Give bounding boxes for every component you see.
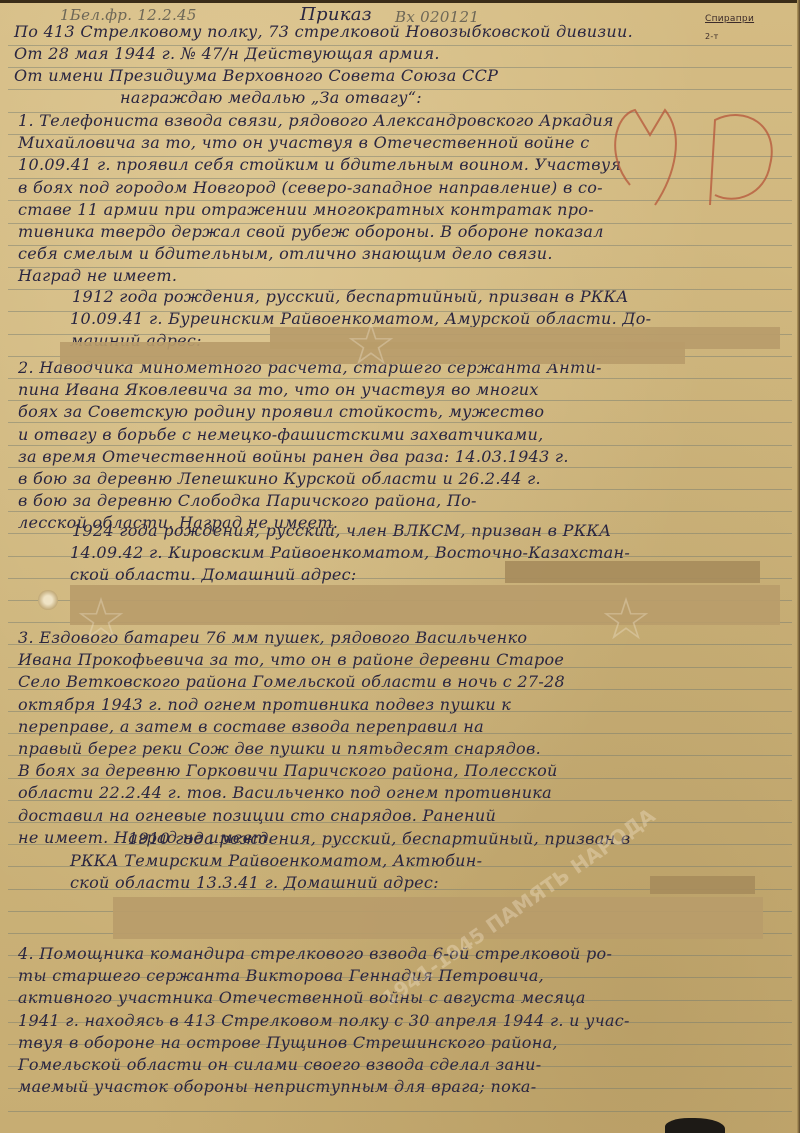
entry-text-line: переправе, а затем в составе взвода пере… xyxy=(18,717,484,736)
entry-text-line: ты старшего сержанта Викторова Геннадия … xyxy=(18,966,544,985)
watermark-star-icon: ☆ xyxy=(600,590,652,648)
entry-text-line: Михайловича за то, что он участвуя в Оте… xyxy=(18,133,589,152)
entry-text-line: в бою за деревню Лепешкино Курской облас… xyxy=(18,469,541,488)
ruled-line xyxy=(8,467,792,468)
entry-text-line: В боях за деревню Горковичи Паричского р… xyxy=(18,761,558,780)
header-line: награждаю медалью „За отвагу“: xyxy=(120,88,422,107)
entry-text-line: за время Отечественной войны ранен два р… xyxy=(18,447,569,466)
entry-text-line: 10.09.41 г. проявил себя стойким и бдите… xyxy=(18,155,621,174)
entry-text-line: 4. Помощника командира стрелкового взвод… xyxy=(18,944,612,963)
entry-text-line: Наград не имеет. xyxy=(18,266,177,285)
entry-text-line: 1941 г. находясь в 413 Стрелковом полку … xyxy=(18,1011,630,1030)
entry-text-line: октября 1943 г. под огнем противника под… xyxy=(18,695,511,714)
entry-text-line: Ивана Прокофьевича за то, что он в район… xyxy=(18,650,564,669)
address-redaction-3b xyxy=(113,897,763,939)
ruled-line xyxy=(8,400,792,401)
stamp-sub-mark: 2-т xyxy=(705,32,719,41)
red-pencil-annotation xyxy=(595,95,785,210)
entry-bio-line: ской области 13.3.41 г. Домашний адрес: xyxy=(70,873,439,892)
address-redaction-2b xyxy=(70,585,780,625)
ruled-line xyxy=(8,489,792,490)
entry-bio-line: 14.09.42 г. Кировским Райвоенкоматом, Во… xyxy=(70,543,630,562)
watermark-star-icon: ☆ xyxy=(345,315,397,373)
entry-text-line: боях за Советскую родину проявил стойкос… xyxy=(18,402,544,421)
entry-text-line: в бою за деревню Слободка Паричского рай… xyxy=(18,491,477,510)
entry-bio-line: ской области. Домашний адрес: xyxy=(70,565,357,584)
entry-text-line: ставе 11 армии при отражении многократны… xyxy=(18,200,594,219)
entry-bio-line: 1924 года рождения, русский, член ВЛКСМ,… xyxy=(72,521,611,540)
scanned-document-page: 1Бел.фр. 12.2.45 Приказ Вх 020121 Спирап… xyxy=(0,0,800,1133)
address-redaction-3a xyxy=(650,876,755,894)
entry-text-line: Село Ветковского района Гомельской облас… xyxy=(18,672,565,691)
entry-text-line: в боях под городом Новгород (северо-запа… xyxy=(18,178,603,197)
entry-bio-line: 1912 года рождения, русский, беспартийны… xyxy=(72,287,629,306)
header-line: По 413 Стрелковому полку, 73 стрелковой … xyxy=(14,22,633,41)
punch-hole xyxy=(38,590,58,610)
ruled-line xyxy=(8,511,792,512)
header-line: От имени Президиума Верховного Совета Со… xyxy=(14,66,498,85)
entry-text-line: твуя в обороне на острове Пущинов Стреши… xyxy=(18,1033,558,1052)
watermark-star-icon: ☆ xyxy=(75,590,127,648)
ruled-line xyxy=(8,422,792,423)
entry-text-line: доставил на огневые позиции сто снарядов… xyxy=(18,806,496,825)
address-redaction-2a xyxy=(505,561,760,583)
entry-bio-line: 1910 года рождения, русский, беспартийны… xyxy=(128,829,630,848)
entry-text-line: активного участника Отечественной войны … xyxy=(18,988,586,1007)
entry-text-line: пина Ивана Яковлевича за то, что он учас… xyxy=(18,380,539,399)
entry-text-line: Гомельской области он силами своего взво… xyxy=(18,1055,541,1074)
entry-text-line: маемый участок обороны неприступным для … xyxy=(18,1077,536,1096)
ink-blot xyxy=(665,1118,725,1133)
scan-top-edge xyxy=(0,0,800,3)
entry-bio-line: РККА Темирским Райвоенкоматом, Актюбин- xyxy=(70,851,482,870)
entry-text-line: и отвагу в борьбе с немецко-фашистскими … xyxy=(18,425,543,444)
entry-text-line: 1. Телефониста взвода связи, рядового Ал… xyxy=(18,111,614,130)
header-line: От 28 мая 1944 г. № 47/н Действующая арм… xyxy=(14,44,440,63)
entry-text-line: правый берег реки Сож две пушки и пятьде… xyxy=(18,739,541,758)
entry-text-line: области 22.2.44 г. тов. Васильченко под … xyxy=(18,783,552,802)
entry-text-line: себя смелым и бдительным, отлично знающи… xyxy=(18,244,553,263)
entry-text-line: тивника твердо держал свой рубеж обороны… xyxy=(18,222,604,241)
stamp-top-right: Спирапри xyxy=(705,14,754,24)
ruled-line xyxy=(8,1111,792,1112)
ruled-line xyxy=(8,378,792,379)
